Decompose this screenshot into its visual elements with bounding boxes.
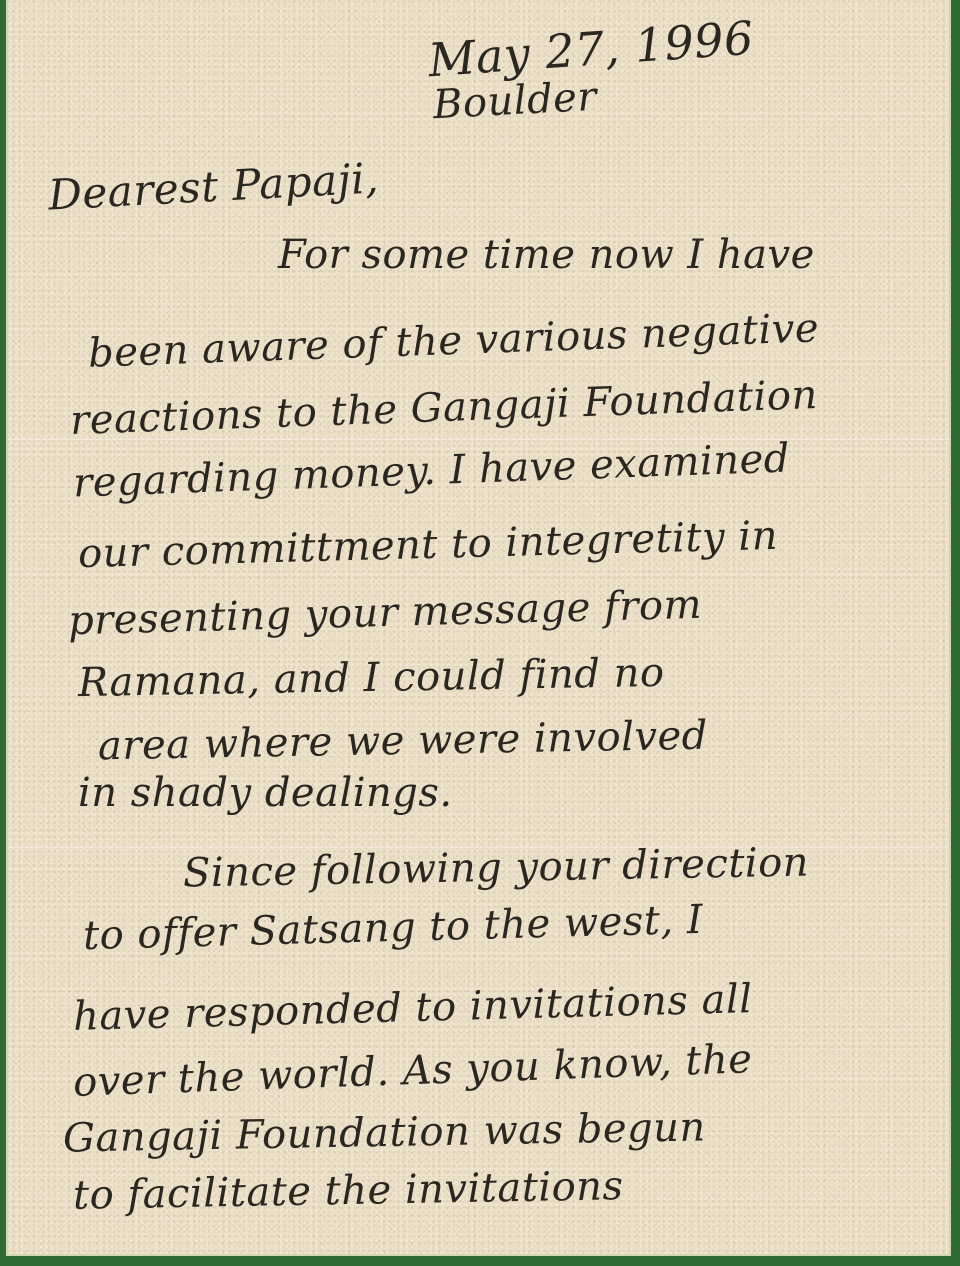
letter-line: reactions to the Gangaji Foundation [69,372,818,444]
letter-line: Gangaji Foundation was begun [63,1104,706,1161]
letter-line: to facilitate the invitations [73,1163,624,1219]
letter-line: Ramana, and I could find no [78,650,665,706]
letter-place: Boulder [432,74,598,129]
letter-line: in shady dealings. [78,770,453,816]
letter-line: presenting your message from [68,582,703,645]
letter-line: regarding money. I have examined [72,436,790,507]
letter-line: have responded to invitations all [73,976,754,1040]
letter-line: area where we were involved [98,713,709,770]
letter-line: For some time now I have [278,232,815,278]
letter-line: to offer Satsang to the west, I [83,897,704,959]
letter-salutation: Dearest Papaji, [47,153,380,219]
letter-line: our committment to integretity in [78,513,779,577]
letter-page: May 27, 1996 Boulder Dearest Papaji, For… [6,0,951,1256]
letter-line: been aware of the various negative [87,305,819,376]
letter-line: Since following your direction [183,840,810,897]
letter-line: over the world. As you know, the [72,1036,753,1106]
